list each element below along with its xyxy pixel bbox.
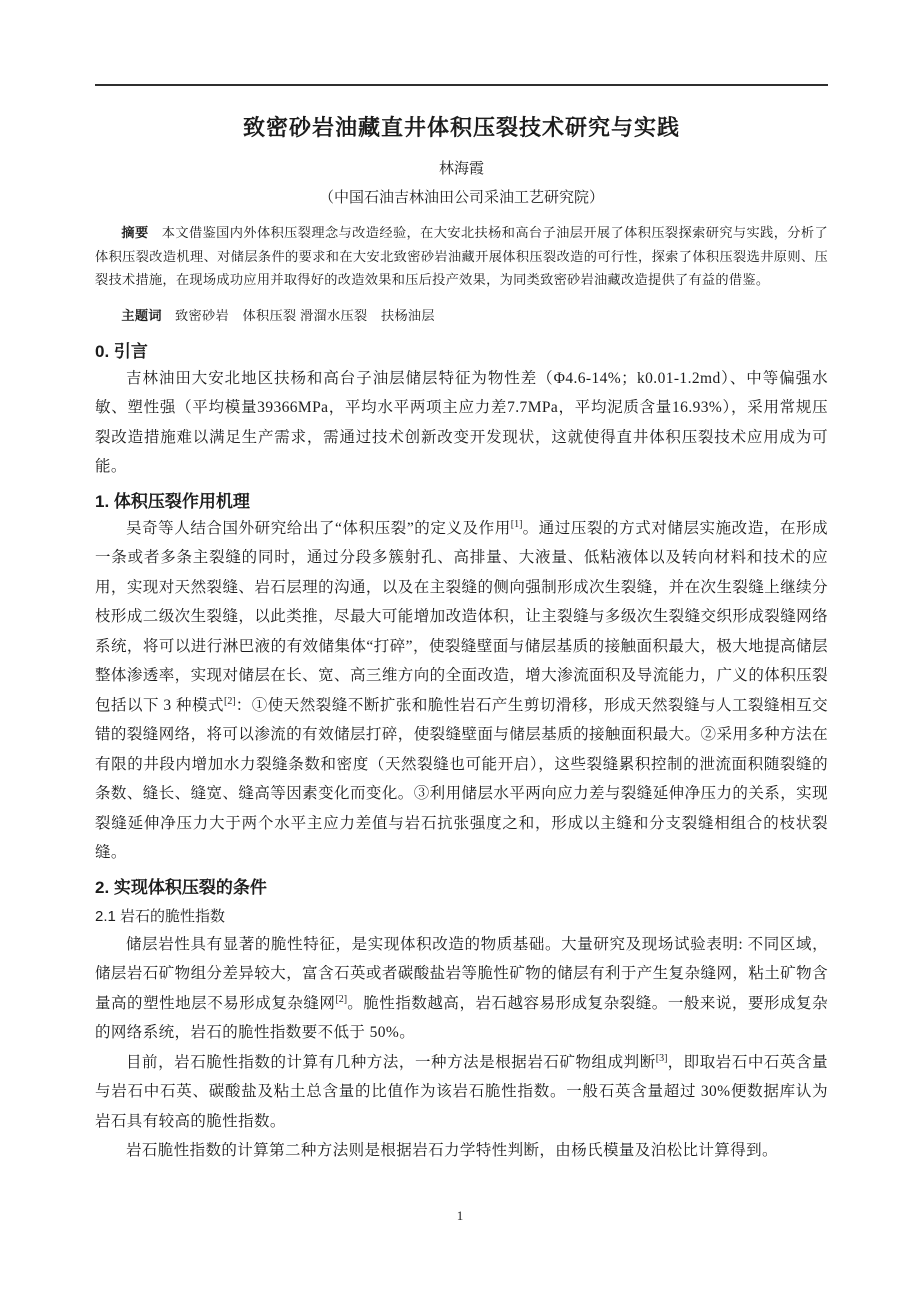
abstract-label: 摘要: [121, 225, 148, 240]
section-heading: 1. 体积压裂作用机理: [95, 490, 828, 514]
paragraph: 吉林油田大安北地区扶杨和高台子油层储层特征为物性差（Φ4.6-14%；k0.01…: [95, 364, 828, 482]
keywords-line: 主题词致密砂岩 体积压裂 滑溜水压裂 扶杨油层: [95, 305, 828, 327]
keywords-text: 致密砂岩 体积压裂 滑溜水压裂 扶杨油层: [175, 308, 435, 323]
body-blocks: 0. 引言吉林油田大安北地区扶杨和高台子油层储层特征为物性差（Φ4.6-14%；…: [95, 340, 828, 1166]
reference-marker: [2]: [335, 994, 347, 1005]
author-name: 林海霞: [95, 159, 828, 180]
page-title: 致密砂岩油藏直井体积压裂技术研究与实践: [95, 112, 828, 143]
abstract-paragraph: 摘要本文借鉴国内外体积压裂理念与改造经验，在大安北扶杨和高台子油层开展了体积压裂…: [95, 221, 828, 292]
author-affiliation: （中国石油吉林油田公司采油工艺研究院）: [95, 188, 828, 209]
abstract-text: 本文借鉴国内外体积压裂理念与改造经验，在大安北扶杨和高台子油层开展了体积压裂探索…: [95, 225, 828, 287]
paragraph: 储层岩性具有显著的脆性特征，是实现体积改造的物质基础。大量研究及现场试验表明: …: [95, 930, 828, 1048]
paragraph: 目前，岩石脆性指数的计算有几种方法，一种方法是根据岩石矿物组成判断[3]，即取岩…: [95, 1048, 828, 1137]
section-heading: 0. 引言: [95, 340, 828, 364]
subsection-heading: 2.1 岩石的脆性指数: [95, 906, 828, 928]
document-page: 致密砂岩油藏直井体积压裂技术研究与实践 林海霞 （中国石油吉林油田公司采油工艺研…: [0, 0, 920, 1302]
paragraph: 岩石脆性指数的计算第二种方法则是根据岩石力学特性判断，由杨氏模量及泊松比计算得到…: [95, 1136, 828, 1166]
reference-marker: [1]: [511, 519, 523, 530]
header-rule: [95, 84, 828, 86]
keywords-label: 主题词: [121, 308, 161, 323]
reference-marker: [3]: [656, 1053, 668, 1064]
paragraph: 吴奇等人结合国外研究给出了“体积压裂”的定义及作用[1]。通过压裂的方式对储层实…: [95, 514, 828, 868]
page-number: 1: [0, 1208, 920, 1224]
reference-marker: [2]: [224, 696, 236, 707]
page-content: 致密砂岩油藏直井体积压裂技术研究与实践 林海霞 （中国石油吉林油田公司采油工艺研…: [95, 0, 828, 1166]
section-heading: 2. 实现体积压裂的条件: [95, 876, 828, 900]
